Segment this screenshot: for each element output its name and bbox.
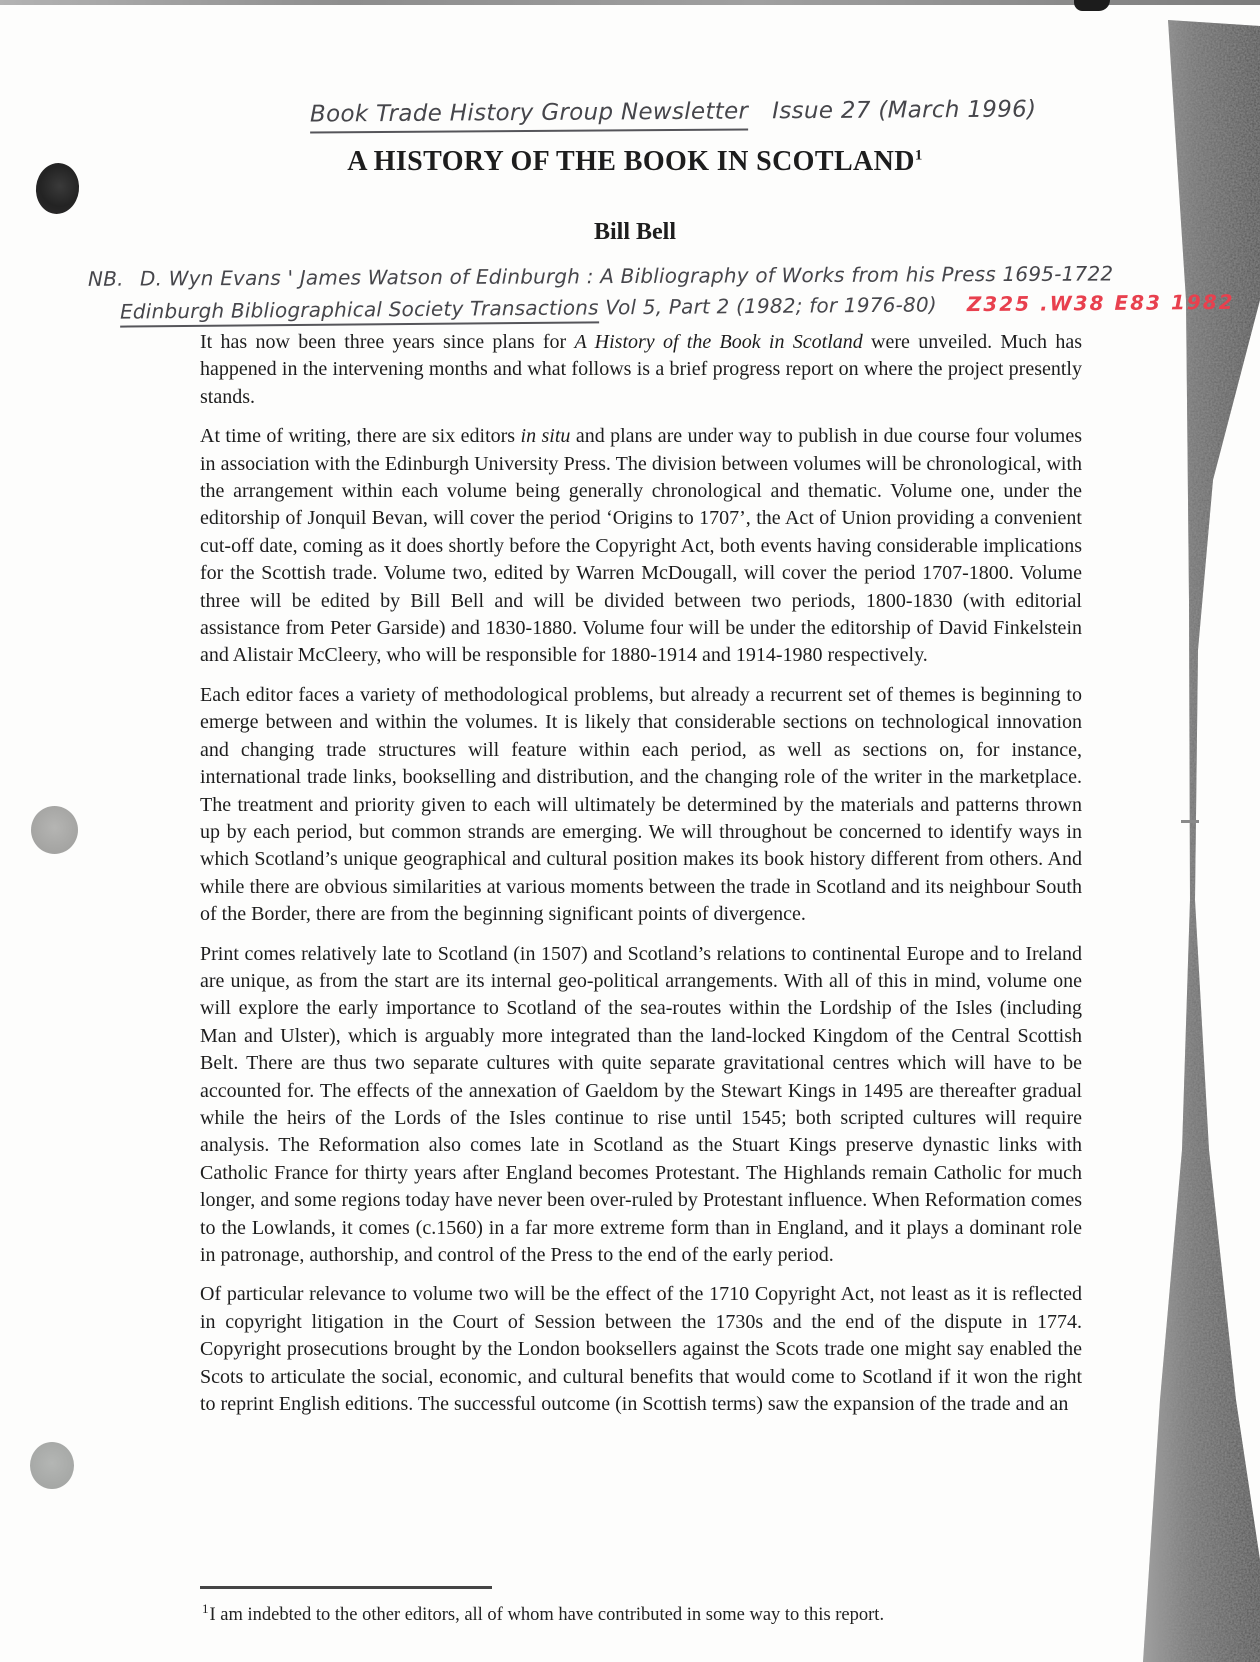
scan-speck-artifact bbox=[1181, 820, 1199, 823]
author-byline: Bill Bell bbox=[190, 219, 1080, 246]
title-footnote-marker: 1 bbox=[915, 148, 923, 164]
body-paragraph: It has now been three years since plans … bbox=[200, 329, 1082, 411]
footnote-text: I am indebted to the other editors, all … bbox=[210, 1605, 885, 1625]
handwritten-header-annotation: Book Trade History Group NewsletterIssue… bbox=[310, 96, 1036, 127]
body-paragraph: Print comes relatively late to Scotland … bbox=[200, 941, 1082, 1270]
body-paragraph: Of particular relevance to volume two wi… bbox=[200, 1281, 1082, 1418]
footnote-divider-rule bbox=[200, 1586, 492, 1589]
newsletter-name-underlined: Book Trade History Group Newsletter bbox=[310, 98, 748, 133]
issue-date-annotation: Issue 27 (March 1996) bbox=[772, 96, 1036, 124]
scanned-document-page: Book Trade History Group NewsletterIssue… bbox=[0, 0, 1260, 1662]
library-call-number: Z325 .W38 E83 1982 bbox=[967, 290, 1235, 316]
page-title-text: A HISTORY OF THE BOOK IN SCOTLAND bbox=[347, 146, 915, 177]
body-paragraph: At time of writing, there are six editor… bbox=[200, 423, 1082, 670]
volume-details: Vol 5, Part 2 (1982; for 1976-80) bbox=[605, 292, 937, 319]
article-body: It has now been three years since plans … bbox=[200, 329, 1082, 1430]
handwritten-margin-note: NB.D. Wyn Evans ' James Watson of Edinbu… bbox=[88, 261, 1168, 323]
body-paragraph: Each editor faces a variety of methodolo… bbox=[200, 682, 1082, 929]
hole-punch-mark-middle bbox=[31, 806, 78, 854]
nota-bene-abbreviation: NB. bbox=[88, 264, 140, 295]
journal-title-underlined: Edinburgh Bibliographical Society Transa… bbox=[120, 295, 599, 327]
footnote: 1I am indebted to the other editors, all… bbox=[202, 1601, 1062, 1626]
page-title: A HISTORY OF THE BOOK IN SCOTLAND1 bbox=[190, 146, 1080, 178]
hole-punch-mark-bottom bbox=[30, 1442, 74, 1489]
footnote-marker: 1 bbox=[202, 1601, 209, 1616]
margin-note-citation: D. Wyn Evans ' James Watson of Edinburgh… bbox=[140, 261, 1113, 290]
